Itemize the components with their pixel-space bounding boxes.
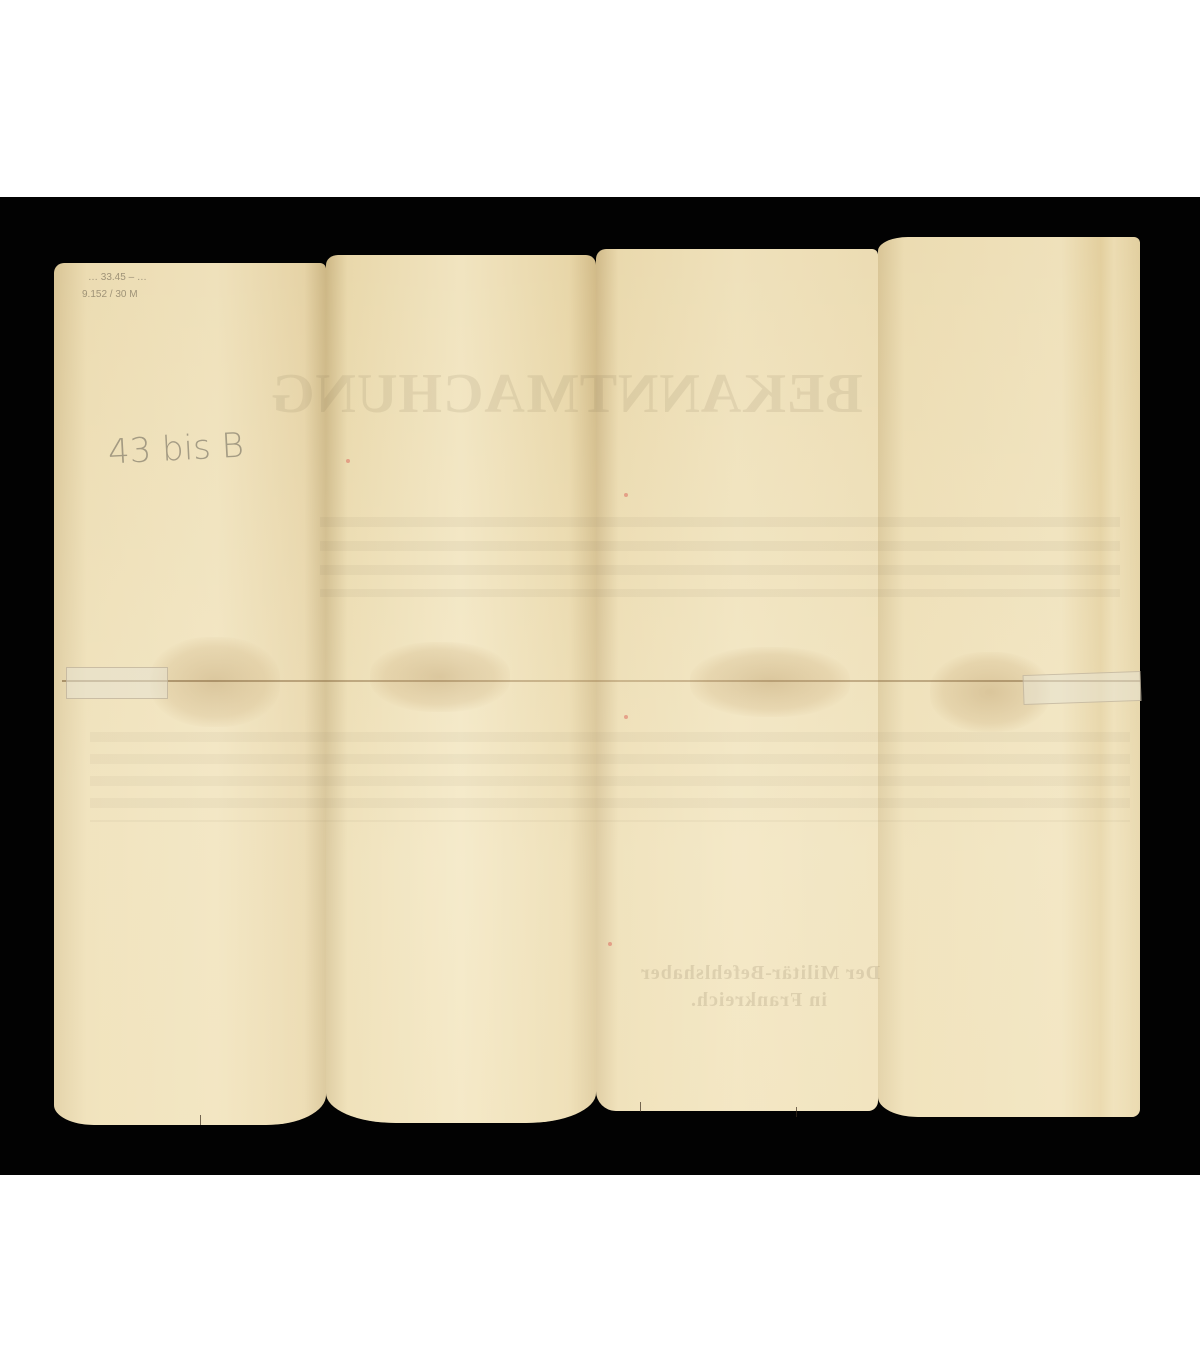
horizontal-fold-crease	[62, 680, 1140, 682]
bleed-through-paragraph	[320, 517, 1120, 597]
water-stain	[150, 637, 280, 727]
bleed-through-paragraph	[90, 732, 1130, 822]
red-ink-mark	[624, 715, 628, 719]
water-stain	[690, 647, 850, 717]
red-ink-mark	[346, 459, 350, 463]
folded-document: BEKANNTMACHUNG Der Militär-Befehlshaber …	[0, 197, 1200, 1175]
tape-strip-left	[66, 667, 168, 699]
pencil-note-line-2: 9.152 / 30 M	[82, 289, 138, 300]
pencil-note-large: 43 bis B	[107, 425, 245, 472]
bleed-through-line-2: in Frankreich.	[690, 989, 827, 1012]
water-stain	[370, 642, 510, 712]
bleed-through-line-1: Der Militär-Befehlshaber	[640, 962, 880, 985]
red-ink-mark	[624, 493, 628, 497]
tape-strip-right	[1023, 671, 1142, 705]
black-photo-background: BEKANNTMACHUNG Der Militär-Befehlshaber …	[0, 197, 1200, 1175]
edge-tear	[640, 1102, 641, 1112]
edge-tear	[796, 1107, 797, 1117]
red-ink-mark	[608, 942, 612, 946]
bleed-through-headline: BEKANNTMACHUNG	[270, 362, 863, 426]
edge-tear	[200, 1115, 201, 1125]
pencil-note-line-1: … 33.45 – …	[88, 272, 147, 283]
